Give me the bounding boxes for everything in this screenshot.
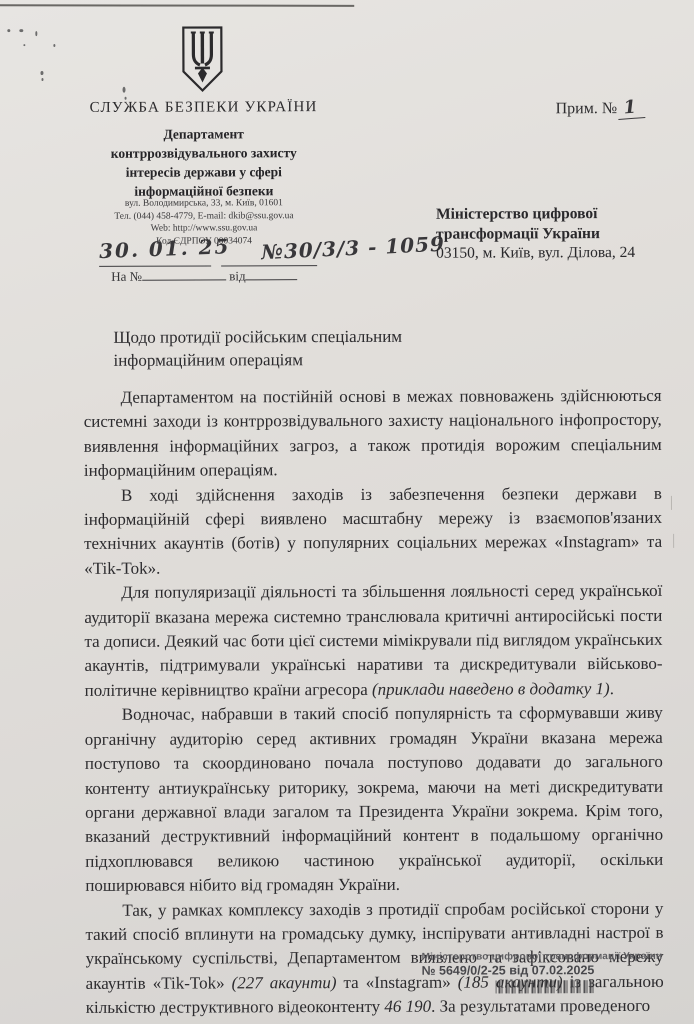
stamp-registration-number: № 5649/0/2-25 від 07.02.2025 — [422, 963, 663, 978]
vid-label: від — [229, 268, 245, 283]
scan-speck — [40, 71, 43, 75]
copy-number-note: Прим. №1 — [556, 97, 644, 119]
copy-number-label: Прим. № — [556, 100, 618, 117]
paragraph-text: . За результатами проведеного — [431, 996, 650, 1016]
recipient-address: 03150, м. Київ, вул. Ділова, 24 — [436, 243, 635, 263]
na-number-label: На № — [111, 269, 142, 284]
handwritten-copy-number: 1 — [616, 96, 644, 120]
letterhead: СЛУЖБА БЕЗПЕКИ УКРАЇНИ Департамент контр… — [58, 0, 348, 1]
italic-video-count: 46 190 — [384, 997, 431, 1016]
paragraph-4: Водночас, набравши в такий спосіб популя… — [85, 701, 664, 898]
letter-body: Департаментом на постійній основі в межа… — [84, 384, 664, 1021]
department-line: контррозвідувального захисту — [59, 143, 349, 163]
outgoing-reference: 30. 01. 25 №30/3/3 - 1059 — [99, 236, 445, 262]
barcode-icon — [496, 980, 596, 993]
handwritten-number: №30/3/3 - 1059 — [261, 232, 446, 265]
scan-speck — [7, 29, 10, 32]
contact-web: Web: http://www.ssu.gov.ua — [59, 222, 349, 236]
scan-top-edge — [0, 4, 354, 7]
department-line: Департамент — [59, 124, 349, 144]
recipient-name-line2: трансформації України — [436, 223, 635, 243]
incoming-reference-line: На № від — [111, 266, 297, 285]
italic-tiktok-count: (227 акаунти) — [232, 973, 337, 992]
paragraph-text: . — [610, 679, 614, 698]
paragraph-text: Департаментом на постійній основі в межа… — [84, 386, 662, 480]
paragraph-text: Водночас, набравши в такий спосіб популя… — [85, 703, 663, 895]
ukraine-trident-emblem-icon — [181, 25, 223, 93]
org-name: СЛУЖБА БЕЗПЕКИ УКРАЇНИ — [59, 99, 349, 117]
department-line: інтересів держави у сфері — [59, 162, 349, 182]
registration-stamp: Міністерство цифрової трансформації Укра… — [422, 951, 663, 994]
paragraph-text: В ході здійснення заходів із забезпеченн… — [84, 484, 662, 578]
scan-speck — [53, 44, 55, 47]
subject-line2: інформаційним операціям — [113, 348, 402, 372]
department-name: Департамент контррозвідувального захисту… — [59, 124, 349, 201]
scanned-letter-page: СЛУЖБА БЕЗПЕКИ УКРАЇНИ Департамент контр… — [0, 0, 694, 1024]
italic-annex-reference: (приклади наведено в додатку 1) — [372, 679, 610, 699]
scan-speck — [23, 44, 25, 46]
subject-block: Щодо протидії російським спеціальним інф… — [113, 325, 402, 372]
contact-phone-email: Тел. (044) 458-4779, E-mail: dkib@ssu.go… — [59, 209, 349, 223]
handwritten-date: 30. 01. 25 — [99, 234, 231, 263]
contact-address: вул. Володимирська, 33, м. Київ, 01601 — [59, 197, 349, 211]
scan-speck — [123, 87, 126, 93]
paragraph-2: В ході здійснення заходів із забезпеченн… — [84, 482, 662, 582]
scan-speck — [19, 29, 23, 32]
scan-content: СЛУЖБА БЕЗПЕКИ УКРАЇНИ Департамент контр… — [0, 0, 694, 1024]
stamp-ministry-name: Міністерство цифрової трансформації Укра… — [422, 951, 663, 963]
recipient-block: Міністерство цифрової трансформації Укра… — [436, 204, 635, 263]
scan-speck — [35, 31, 37, 36]
subject-line1: Щодо протидії російським спеціальним — [113, 325, 402, 349]
scan-speck — [41, 78, 43, 81]
paragraph-1: Департаментом на постійній основі в межа… — [84, 384, 662, 484]
vid-blank — [246, 266, 298, 280]
paragraph-3: Для популяризації діяльності та збільшен… — [84, 579, 662, 703]
scan-fold-mark — [673, 534, 674, 548]
na-number-blank — [142, 266, 226, 280]
recipient-name-line1: Міністерство цифрової — [436, 204, 635, 224]
scan-fold-mark — [671, 496, 672, 510]
